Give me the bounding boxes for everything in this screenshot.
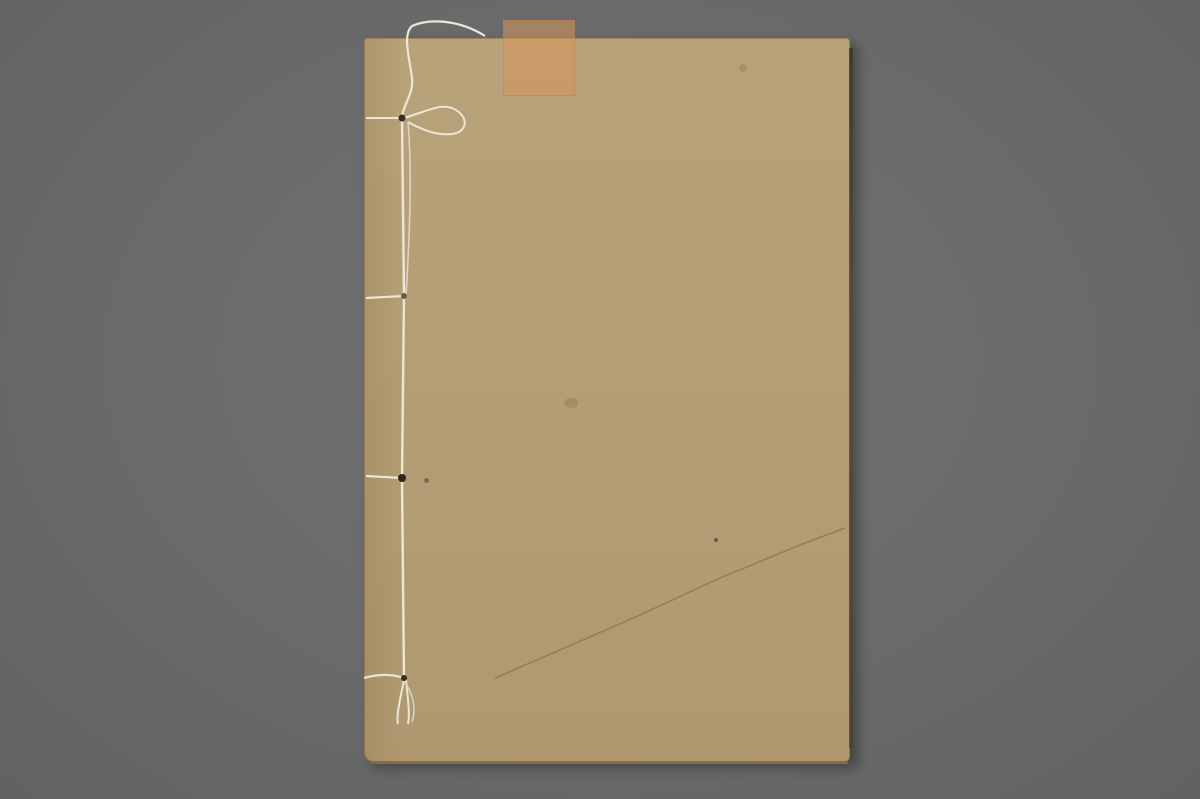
cover-stain bbox=[714, 538, 718, 542]
book-fore-edge bbox=[849, 48, 853, 748]
book-cover bbox=[364, 38, 850, 762]
photo-scene bbox=[0, 0, 1200, 799]
book-bottom-edge bbox=[370, 761, 848, 764]
cover-stain bbox=[424, 478, 429, 483]
cover-stain bbox=[739, 64, 747, 72]
faded-title-label bbox=[503, 20, 575, 96]
cover-stain bbox=[564, 398, 578, 408]
